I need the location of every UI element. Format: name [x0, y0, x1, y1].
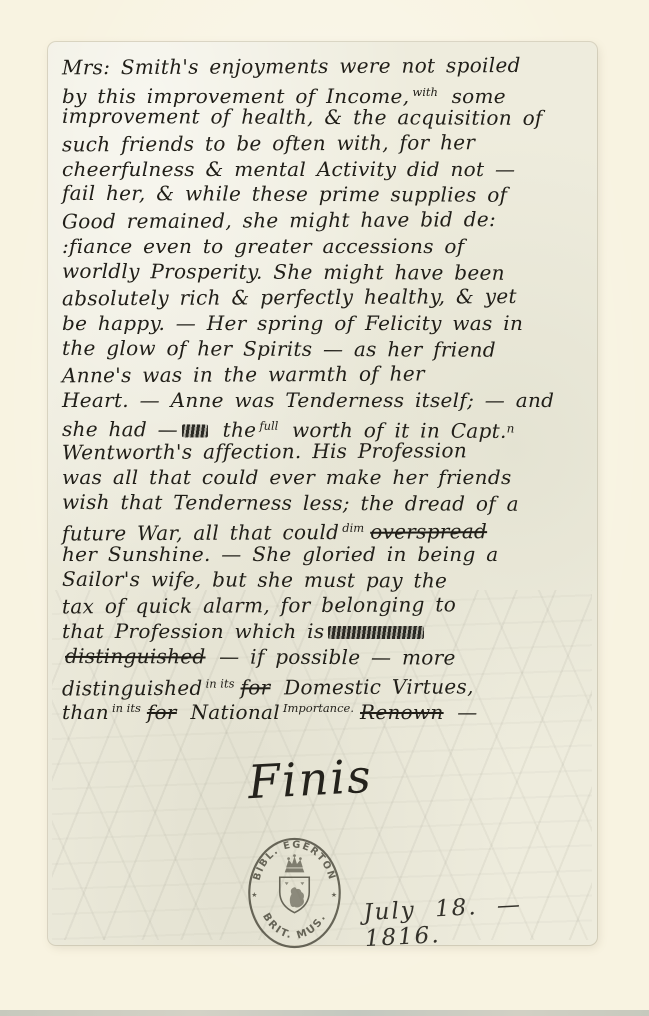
- manuscript-segment: —: [447, 700, 478, 724]
- inserted-text: with: [412, 80, 438, 106]
- manuscript-segment: be happy. — Her spring of Felicity was i…: [62, 311, 523, 335]
- manuscript-segment: absolutely rich & perfectly healthy, & y…: [62, 284, 517, 310]
- manuscript-segment: was all that could ever make her friends: [62, 465, 512, 489]
- manuscript-segment: wish that Tenderness less; the dread of …: [62, 490, 519, 516]
- scan-edge-strip: [0, 1010, 649, 1016]
- manuscript-line: by this improvement of Income,with some: [62, 80, 592, 106]
- manuscript-segment: the: [212, 417, 256, 441]
- manuscript-line: cheerfulness & mental Activity did not —: [62, 157, 592, 183]
- manuscript-segment: some: [441, 84, 506, 108]
- manuscript-segment: Heart. — Anne was Tenderness itself; — a…: [62, 388, 554, 412]
- manuscript-segment: tax of quick alarm, for belonging to: [62, 593, 456, 619]
- lion-rampant-icon: [285, 882, 305, 907]
- manuscript-line: Mrs: Smith's enjoyments were not spoiled: [62, 53, 592, 81]
- crown-icon: [285, 854, 305, 872]
- inserted-text: full: [259, 413, 278, 439]
- manuscript-segment: cheerfulness & mental Activity did not —: [62, 157, 515, 181]
- manuscript-line: distinguished — if possible — more: [62, 644, 592, 672]
- deleted-scribble: [182, 424, 208, 437]
- manuscript-line: Sailor's wife, but she must pay the: [62, 567, 592, 595]
- manuscript-line: she had — thefull worth of it in Capt.n: [62, 412, 592, 440]
- scanned-photo: Mrs: Smith's enjoyments were not spoiled…: [0, 0, 649, 1016]
- manuscript-line: distinguishedin itsfor Domestic Virtues,: [62, 669, 592, 697]
- manuscript-segment: Sailor's wife, but she must pay the: [62, 567, 447, 593]
- manuscript-segment: she had —: [62, 417, 178, 442]
- manuscript-segment: her Sunshine. — She gloried in being a: [62, 542, 498, 566]
- manuscript-line: that Profession which is: [62, 619, 592, 645]
- manuscript-segment: n: [507, 421, 515, 435]
- manuscript-segment: future War, all that could: [62, 520, 339, 545]
- library-stamp: BIBL. EGERTON BRIT. MUS. ★ ★: [244, 836, 345, 950]
- inserted-text: Importance.: [283, 696, 354, 722]
- stamp-star-left: ★: [251, 891, 257, 899]
- manuscript-line: Wentworth's affection. His Profession: [62, 438, 592, 466]
- manuscript-segment: :fiance even to greater accessions of: [62, 234, 464, 258]
- manuscript-line: was all that could ever make her friends: [62, 465, 592, 491]
- manuscript-segment: — if possible — more: [208, 644, 455, 669]
- manuscript-line: fail her, & while these prime supplies o…: [62, 181, 592, 209]
- manuscript-segment: National: [180, 700, 280, 724]
- manuscript-line: wish that Tenderness less; the dread of …: [62, 490, 592, 518]
- manuscript-line: Good remained, she might have bid de:: [62, 207, 592, 235]
- manuscript-line: such friends to be often with, for her: [62, 130, 592, 158]
- manuscript-line: Anne's was in the warmth of her: [62, 361, 592, 389]
- manuscript-line: worldly Prosperity. She might have been: [62, 258, 592, 286]
- manuscript-segment: than: [62, 700, 109, 724]
- manuscript-line: absolutely rich & perfectly healthy, & y…: [62, 284, 592, 312]
- manuscript-page: Mrs: Smith's enjoyments were not spoiled…: [48, 42, 597, 945]
- manuscript-segment: worldly Prosperity. She might have been: [62, 258, 505, 284]
- manuscript-line: the glow of her Spirits — as her friend: [62, 335, 592, 363]
- deleted-scribble: [328, 626, 424, 639]
- date-inscription: July 18. — 1816.: [363, 888, 598, 952]
- manuscript-segment: that Profession which is: [62, 619, 324, 643]
- svg-text:BRIT. MUS.: BRIT. MUS.: [260, 911, 329, 942]
- struck-text: overspread: [370, 520, 487, 545]
- manuscript-segment: Domestic Virtues,: [273, 674, 473, 699]
- manuscript-line: be happy. — Her spring of Felicity was i…: [62, 311, 592, 337]
- manuscript-segment: improvement of health, & the acquisition…: [62, 104, 543, 130]
- manuscript-segment: Mrs: Smith's enjoyments were not spoiled: [62, 53, 521, 79]
- manuscript-line: improvement of health, & the acquisition…: [62, 104, 592, 132]
- manuscript-line: tax of quick alarm, for belonging to: [62, 592, 592, 620]
- struck-text: for: [147, 700, 177, 724]
- struck-text: Renown: [360, 700, 444, 724]
- manuscript-segment: such friends to be often with, for her: [62, 130, 475, 156]
- inserted-text: in its: [205, 671, 234, 697]
- stamp-star-right: ★: [331, 891, 337, 899]
- inserted-text: dim: [342, 516, 364, 542]
- manuscript-segment: distinguished: [62, 675, 203, 700]
- struck-text: distinguished: [65, 644, 206, 669]
- manuscript-text: Mrs: Smith's enjoyments were not spoiled…: [62, 54, 592, 722]
- struck-text: for: [240, 675, 270, 699]
- manuscript-segment: Wentworth's affection. His Profession: [62, 439, 467, 465]
- manuscript-line: her Sunshine. — She gloried in being a: [62, 542, 592, 568]
- manuscript-line: future War, all that coulddimoverspread: [62, 515, 592, 543]
- manuscript-line: :fiance even to greater accessions of: [62, 234, 592, 260]
- manuscript-segment: fail her, & while these prime supplies o…: [62, 181, 507, 207]
- manuscript-segment: Anne's was in the warmth of her: [62, 362, 425, 388]
- finis-label: Finis: [247, 749, 374, 809]
- manuscript-segment: the glow of her Spirits — as her friend: [62, 335, 496, 361]
- manuscript-line: Heart. — Anne was Tenderness itself; — a…: [62, 388, 592, 414]
- stamp-text-bottom: BRIT. MUS.: [260, 911, 329, 942]
- manuscript-segment: Good remained, she might have bid de:: [62, 207, 496, 233]
